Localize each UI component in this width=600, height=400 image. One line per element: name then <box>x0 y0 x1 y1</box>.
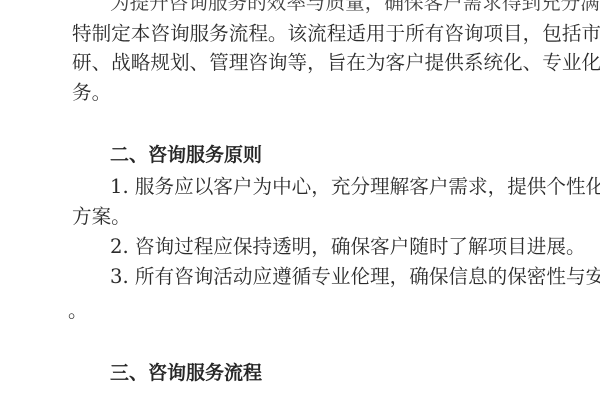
intro-line-4: 务。 <box>72 82 111 104</box>
document-page: 为提升咨询服务的效率与质量，确保客户需求得到充分满足， 特制定本咨询服务流程。该… <box>0 0 600 400</box>
principle-3-line-1: 3. 所有咨询活动应遵循专业伦理，确保信息的保密性与安全性 <box>110 266 600 288</box>
intro-line-1: 为提升咨询服务的效率与质量，确保客户需求得到充分满足， <box>110 0 600 14</box>
principle-2-line-1: 2. 咨询过程应保持透明，确保客户随时了解项目进展。 <box>110 236 586 258</box>
intro-line-2: 特制定本咨询服务流程。该流程适用于所有咨询项目，包括市场调 <box>72 23 600 45</box>
principle-3-line-2: 。 <box>68 300 88 322</box>
section-heading-process: 三、咨询服务流程 <box>110 362 262 384</box>
principle-1-line-2: 方案。 <box>72 206 131 228</box>
intro-line-3: 研、战略规划、管理咨询等，旨在为客户提供系统化、专业化的服 <box>72 52 600 74</box>
section-heading-principles: 二、咨询服务原则 <box>110 144 262 166</box>
principle-1-line-1: 1. 服务应以客户为中心，充分理解客户需求，提供个性化解决 <box>110 176 600 198</box>
